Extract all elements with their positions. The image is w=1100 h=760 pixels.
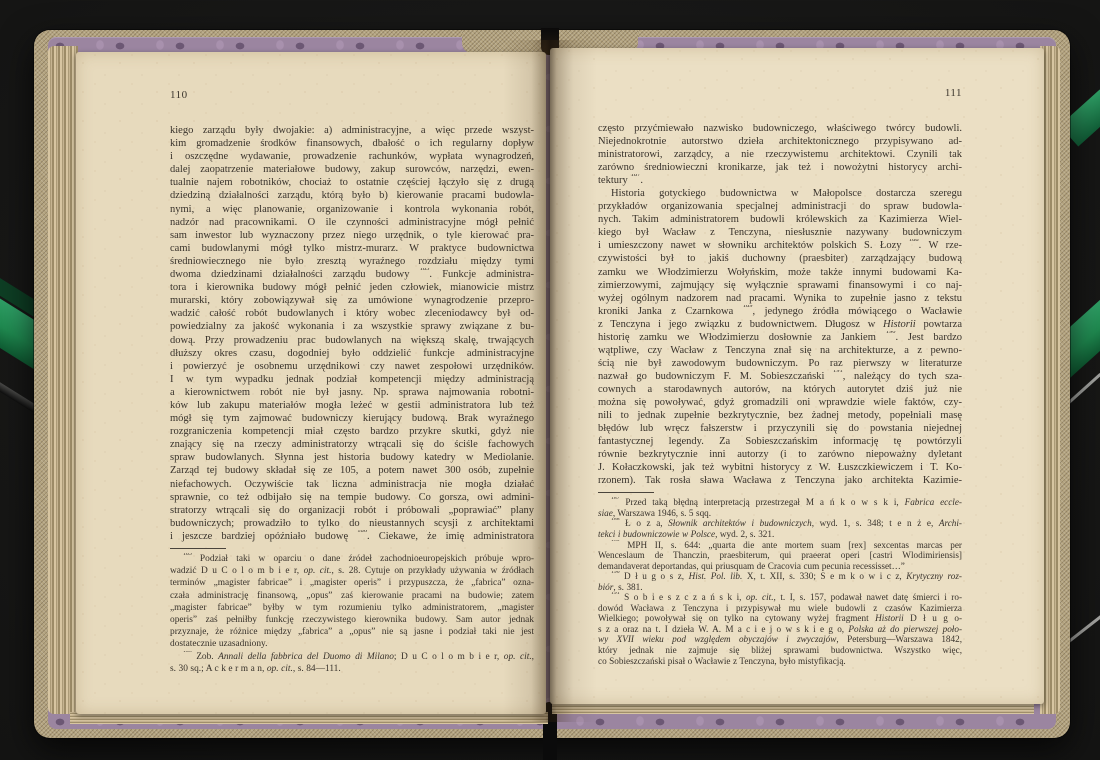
text-line: 191 S o b i e s z c z a ń s k i, op. cit… (598, 592, 962, 603)
text-line: znający się na rzeczy administratorzy wt… (170, 438, 534, 451)
text-line: budowniczych; prowadziło to tylko do nie… (170, 517, 534, 530)
text-line: nili to jednak zupełnie bezkrytycznie, b… (598, 409, 962, 422)
text-line: s. 30 sq.; A c k e r m a n, op. cit., s.… (170, 663, 534, 675)
text-line: J. Kołaczkowski, jak też wybitni history… (598, 461, 962, 474)
text-line: wyżej ogólnym nadzorem nad pracami. Wyni… (598, 292, 962, 305)
text-line: zarówno średniowieczni kronikarze, jak t… (598, 161, 962, 174)
text-line: nymi, a więc planowanie, organizowanie i… (170, 203, 534, 216)
text-line: przykładów organizowania specjalnej admi… (598, 200, 962, 213)
text-line: z Tenczyna i jego związku z budownictwem… (598, 318, 962, 331)
text-line: wy XVII wieku pod względem obyczajów i z… (598, 634, 962, 645)
text-line: biór, s. 381. (598, 582, 962, 593)
text-line: operis” zaś pełniłby funkcję rzeczywiste… (170, 614, 534, 626)
text-line: i umieszczony nawet w słowniku architekt… (598, 239, 962, 252)
text-line: 190 D ł u g o s z, Hist. Pol. lib. X, t.… (598, 571, 962, 582)
text-line: siae, Warszawa 1946, s. 5 sqq. (598, 508, 962, 519)
text-line: zimierzowymi, zajmujący się wyłącznie sp… (598, 279, 962, 292)
page-number: 111 (598, 86, 962, 100)
text-line: powiedzialny za jakość wykonania i za ws… (170, 320, 534, 333)
text-line: i oszczędne wydawanie, prowadzenie rachu… (170, 150, 534, 163)
footnote-rule (598, 492, 654, 493)
text-line: dwoma dziedzinami działalności zarządu b… (170, 268, 534, 281)
text-line: tektury 187. (598, 174, 962, 187)
footnote-rule (170, 548, 226, 549)
text-line: cami budowlanymi mógł tylko mistrz-murar… (170, 242, 534, 255)
text-line: dziedziną działalności zarządu, którą by… (170, 189, 534, 202)
text-line: 185 Podział taki w oparciu o dane źródeł… (170, 553, 534, 565)
text-line: Wenceslaum de Thanczin, praesbiterum, qu… (598, 550, 962, 561)
text-line: a kierownictwem robót nie był jasny. Np.… (170, 386, 534, 399)
text-line: mógł się tym zajmować budowniczy kierują… (170, 412, 534, 425)
text-line: Wielkiego; powoływał się on tylko na cyt… (598, 613, 962, 624)
text-line: kim gromadzenie środków finansowych, dba… (170, 137, 534, 150)
main-text: często przyćmiewało nazwisko budowniczeg… (598, 122, 962, 487)
text-line: terminów „magister fabricae” i „magister… (170, 577, 534, 589)
text-line: demandaverat deportandas, qui priusquam … (598, 561, 962, 572)
text-line: dłuższy okres czasu, dogodniej było oddz… (170, 347, 534, 360)
text-line: tora i kierownika budowy mógł pełnić jed… (170, 281, 534, 294)
text-line: „magister fabricae” byłby w tym rozumien… (170, 602, 534, 614)
text-line: przyznaje, że różnice między „fabrica” a… (170, 626, 534, 638)
text-line: Niejednokrotnie autorstwo dzieła archite… (598, 135, 962, 148)
text-line: nych. Takim administratorem budowli król… (598, 213, 962, 226)
text-line: s z a oraz na t. I dzieła W. A. M a c i … (598, 624, 962, 635)
text-line: fantastycznej legendy. Za Sobieszczański… (598, 435, 962, 448)
text-line: 188 Ł o z a, Słownik architektów i budow… (598, 518, 962, 529)
text-line: średniowiecznego nie było zresztą wyraźn… (170, 255, 534, 268)
page-number: 110 (170, 88, 534, 102)
text-line: ministratorowi, zarządcy, a nie rzeczywi… (598, 148, 962, 161)
text-line: i powierzyć je osobnemu urzędnikowi czy … (170, 360, 534, 373)
text-line: kroniki Janka z Czarnkowa 189, jedynego … (598, 305, 962, 318)
text-line: czała administrację finansową, „opus” za… (170, 590, 534, 602)
text-line: wadzić D u C o l o m b i e r, op. cit., … (170, 565, 534, 577)
text-line: Zarząd tej budowy składał się ze 105, a … (170, 464, 534, 477)
text-line: dalej zaopatrzenie materiałowe budowy, z… (170, 163, 534, 176)
text-line: Historia gotyckiego budownictwa w Małopo… (598, 187, 962, 200)
footnotes: 187 Przed taką błędną interpretacją prze… (598, 497, 962, 666)
text-line: można się powoływać, gdyż gromadzili oni… (598, 396, 962, 409)
text-line: co Sobieszczański pisał o Wacławie z Ten… (598, 656, 962, 667)
text-column-right: 111 często przyćmiewało nazwisko budowni… (598, 86, 962, 666)
text-line: nazwał go budowniczym F. M. Sobieszczańs… (598, 370, 962, 383)
page-110: 110 kiego zarządu były dwojakie: a) admi… (76, 52, 546, 714)
text-line: rzonem). Tak rosła sława Wacława z Tencz… (598, 474, 962, 487)
text-line: i jeszcze bardziej opóźniało budowę 186.… (170, 530, 534, 543)
text-line: dową. Przy prowadzeniu prac budowlanych … (170, 334, 534, 347)
text-line: rozgraniczenia kompetencji miał często b… (170, 425, 534, 438)
text-line: zamku we Włodzimierzu Wołyńskim, może ta… (598, 266, 962, 279)
text-line: tekci i budowniczowie w Polsce, wyd. 2, … (598, 529, 962, 540)
text-line: który jednak nie zajmuje się bliżej spra… (598, 645, 962, 656)
text-line: dostatecznie uzasadniony. (170, 638, 534, 650)
text-line: 186 Zob. Annali della fabbrica del Duomo… (170, 651, 534, 663)
photo-background: 110 kiego zarządu były dwojakie: a) admi… (0, 0, 1100, 760)
text-line: ków lub zakupu materiałów mogła leżeć w … (170, 399, 534, 412)
text-line: murarski, który zobowiązywał się za umów… (170, 294, 534, 307)
text-line: 187 Przed taką błędną interpretacją prze… (598, 497, 962, 508)
text-line: kiego zarządu były dwojakie: a) administ… (170, 124, 534, 137)
text-line: kiego był Wacław z Tenczyna, niesłusznie… (598, 226, 962, 239)
text-line: I w tym wypadku jednak podział kompetenc… (170, 373, 534, 386)
text-line: wadzić całość robót budowlanych i który … (170, 307, 534, 320)
text-line: cownych a starodawnych autorów, na który… (598, 383, 962, 396)
page-111: 111 często przyćmiewało nazwisko budowni… (550, 48, 1044, 704)
text-line: historię zamku we Włodzimierzu dosłownie… (598, 331, 962, 344)
text-line: ścią nie był zawodowym budowniczym. Po r… (598, 357, 962, 370)
text-line: często przyćmiewało nazwisko budowniczeg… (598, 122, 962, 135)
text-line: równie bezkrytycznie inni autorzy (i to … (598, 448, 962, 461)
text-line: stratorzy wtrącali się do organizacji ro… (170, 504, 534, 517)
text-line: tualnie najem robotników, chociaż to ost… (170, 176, 534, 189)
text-line: 189 MPH II, s. 644: „quarta die ante mor… (598, 540, 962, 551)
text-line: sprawnie, co też odbijało się na tempie … (170, 491, 534, 504)
footnotes: 185 Podział taki w oparciu o dane źródeł… (170, 553, 534, 675)
text-line: wątpliwe, czy Wacław z Tenczyna znał się… (598, 344, 962, 357)
text-line: nadzór nad pracownikami. O ile czynności… (170, 216, 534, 229)
text-line: dowód Wacława z Tenczyna i przypisywał m… (598, 603, 962, 614)
page-edges-left (48, 46, 78, 714)
text-column-left: 110 kiego zarządu były dwojakie: a) admi… (170, 88, 534, 675)
text-line: niefachowych. Oczywiście tak liczna admi… (170, 478, 534, 491)
text-line: sam inwestor lub wyznaczony przez niego … (170, 229, 534, 242)
text-line: spraw budowlanych. Słynna jest historia … (170, 451, 534, 464)
text-line: błędów lub wręcz fałszerstw i przyczynil… (598, 422, 962, 435)
text-line: czywistości był to jakiś duchowny (praes… (598, 252, 962, 265)
main-text: kiego zarządu były dwojakie: a) administ… (170, 124, 534, 543)
